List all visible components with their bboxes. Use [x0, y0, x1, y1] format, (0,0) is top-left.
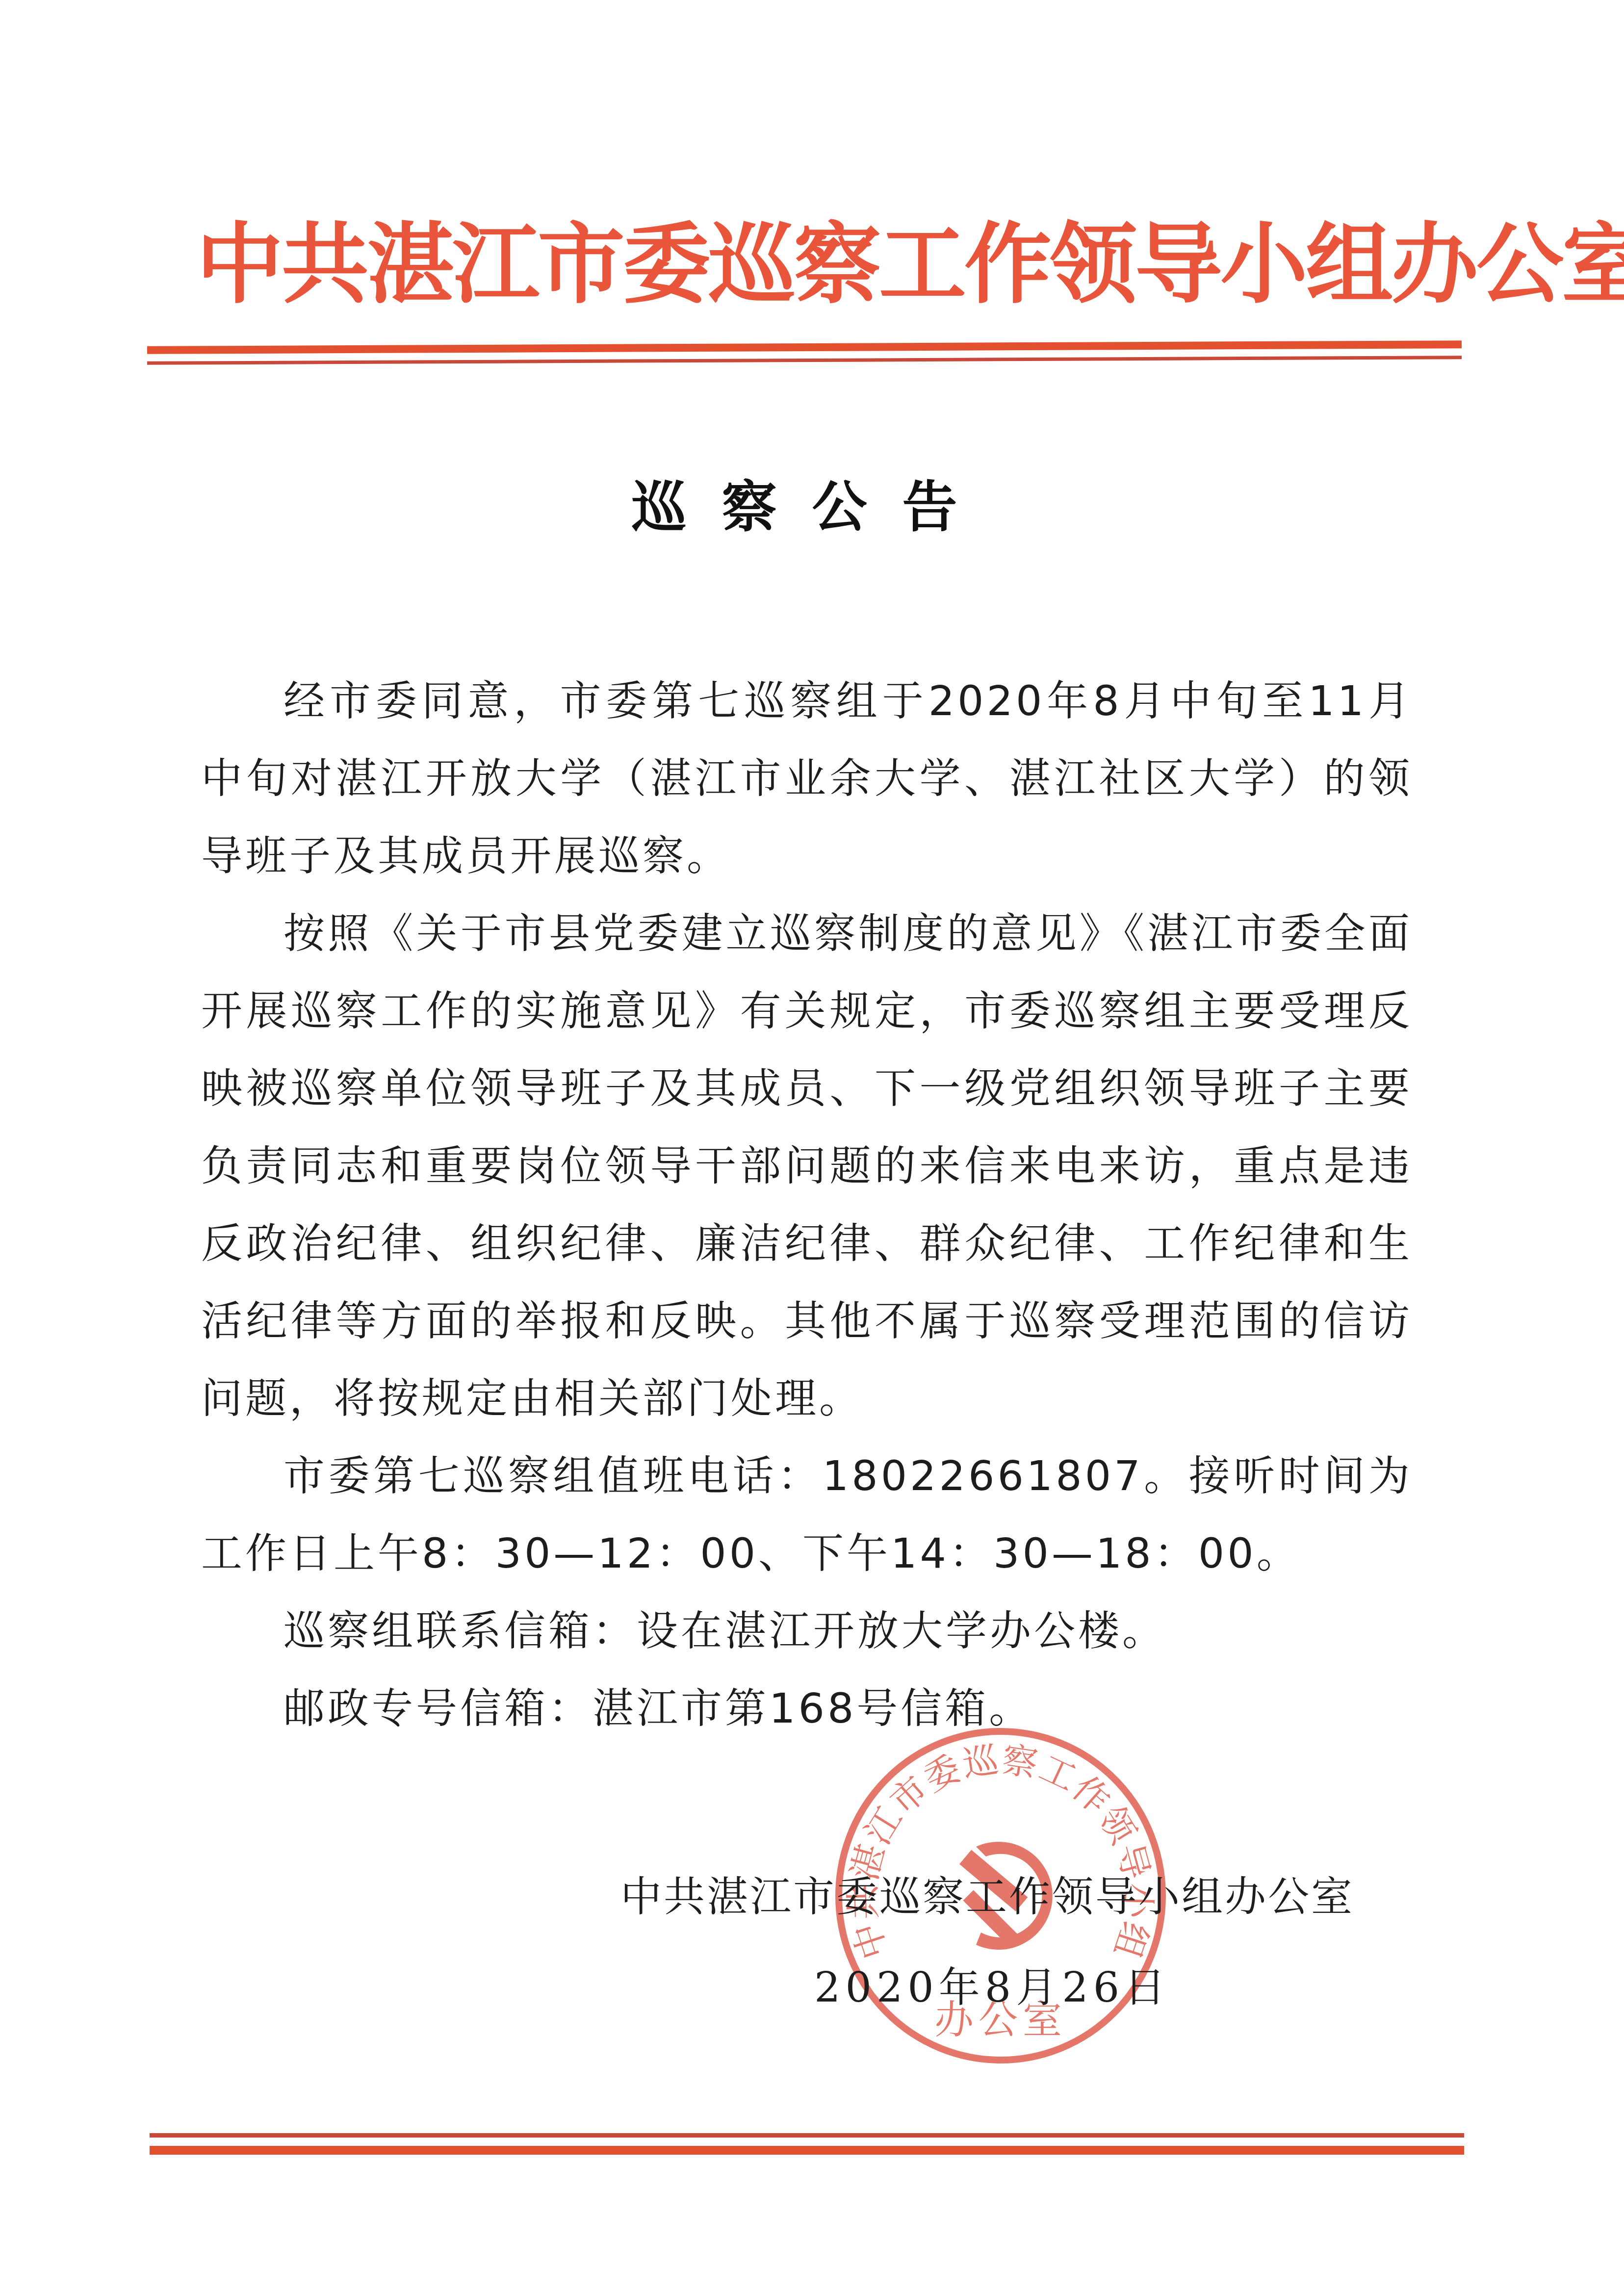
paragraph-mailbox: 巡察组联系信箱：设在湛江开放大学办公楼。: [201, 1592, 1413, 1670]
footer-rule-thick: [150, 2146, 1464, 2155]
document-body: 经市委同意，市委第七巡察组于2020年8月中旬至11月中旬对湛江开放大学（湛江市…: [201, 662, 1413, 1747]
paragraph-regulations: 按照《关于市县党委建立巡察制度的意见》《湛江市委全面开展巡察工作的实施意见》有关…: [201, 895, 1413, 1437]
paragraph-hotline: 市委第七巡察组值班电话：18022661807。接听时间为工作日上午8：30—1…: [201, 1437, 1413, 1592]
document-title: 巡察公告: [0, 471, 1624, 544]
paragraph-inspection-scope: 经市委同意，市委第七巡察组于2020年8月中旬至11月中旬对湛江开放大学（湛江市…: [201, 662, 1413, 895]
masthead-rule-thick: [147, 340, 1462, 354]
signature-date: 2020年8月26日: [814, 1955, 1624, 2014]
footer-rule-thin: [150, 2133, 1464, 2138]
signature-organization: 中共湛江市委巡察工作领导小组办公室: [620, 1864, 1624, 1923]
masthead-rule-thin: [147, 356, 1462, 365]
paragraph-postal-box: 邮政专号信箱：湛江市第168号信箱。: [201, 1670, 1413, 1747]
masthead-title: 中共湛江市委巡察工作领导小组办公室: [196, 216, 1413, 314]
